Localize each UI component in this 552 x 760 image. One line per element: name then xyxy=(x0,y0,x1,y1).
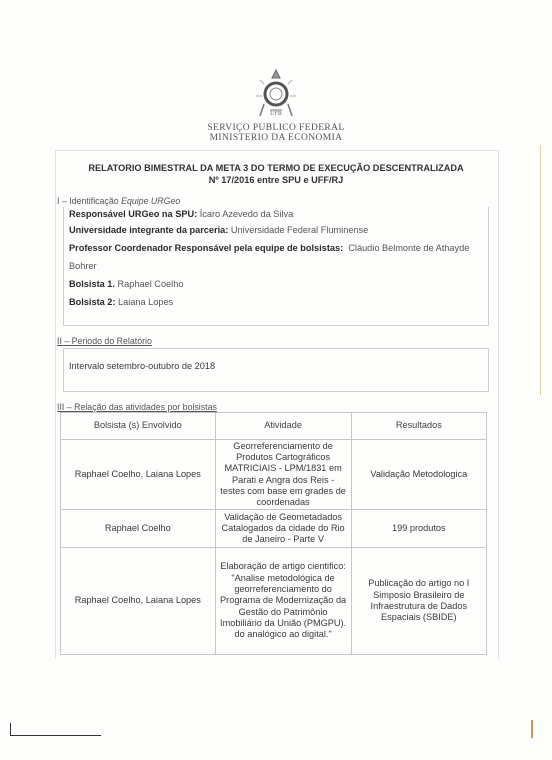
field-value: Universidade Federal Fluminense xyxy=(231,225,368,235)
ident-responsavel: Responsável URGeo na SPU: Ícaro Azevedo … xyxy=(69,209,293,219)
ident-bolsista-1: Bolsista 1. Raphael Coelho xyxy=(69,279,183,289)
field-label: Professor Coordenador Responsável pela e… xyxy=(69,243,343,253)
section-identificacao-label: I – Identificação Equipe URGeo xyxy=(57,196,180,206)
ident-professor: Professor Coordenador Responsável pela e… xyxy=(69,243,469,253)
table-row: Raphael Coelho, Laiana Lopes Elaboração … xyxy=(61,548,487,655)
cell-resultados: 199 produtos xyxy=(351,510,486,548)
section-periodo-label: II – Periodo do Relatório xyxy=(57,336,152,346)
table-header-row: Bolsista (s) Envolvido Atividade Resulta… xyxy=(61,413,487,440)
cell-atividade: Georreferenciamento de Produtos Cartográ… xyxy=(215,440,351,510)
scan-page-edge xyxy=(540,145,541,395)
cell-resultados: Validação Metodologica xyxy=(351,440,486,510)
column-header-atividade: Atividade xyxy=(215,413,351,440)
field-label: Responsável URGeo na SPU: xyxy=(69,209,197,219)
field-label: Bolsista 2: xyxy=(69,297,115,307)
cell-bolsistas: Raphael Coelho, Laiana Lopes xyxy=(61,440,216,510)
section-1-prefix: I – Identificação xyxy=(57,196,119,206)
section-1-italic: Equipe URGeo xyxy=(121,196,180,206)
ident-bolsista-2: Bolsista 2: Laiana Lopes xyxy=(69,297,173,307)
periodo-box: Intervalo setembro-outubro de 2018 xyxy=(63,348,489,392)
letterhead-line-2: MINISTERIO DA ECONOMIA xyxy=(0,133,552,143)
ident-universidade: Universidade integrante da parceria: Uni… xyxy=(69,225,368,235)
field-value: Cláudio Belmonte de Athayde xyxy=(348,243,469,253)
field-value: Bohrer xyxy=(69,261,97,271)
cell-resultados: Publicação do artigo no I Simposio Brasi… xyxy=(351,548,486,655)
cell-bolsistas: Raphael Coelho xyxy=(61,510,216,548)
coat-of-arms-icon: UFR xyxy=(250,66,302,122)
svg-text:UFR: UFR xyxy=(270,111,282,117)
report-title-line-1: RELATORIO BIMESTRAL DA META 3 DO TERMO D… xyxy=(55,162,497,174)
report-title-line-2: Nº 17/2016 entre SPU e UFF/RJ xyxy=(55,174,497,186)
scan-edge-mark xyxy=(531,720,533,738)
column-header-resultados: Resultados xyxy=(351,413,486,440)
cell-bolsistas: Raphael Coelho, Laiana Lopes xyxy=(61,548,216,655)
field-label: Universidade integrante da parceria: xyxy=(69,225,228,235)
ident-professor-cont: Bohrer xyxy=(69,261,97,271)
report-title: RELATORIO BIMESTRAL DA META 3 DO TERMO D… xyxy=(55,162,497,186)
column-header-bolsistas: Bolsista (s) Envolvido xyxy=(61,413,216,440)
field-value: Ícaro Azevedo da Silva xyxy=(200,209,293,219)
cell-atividade: Elaboração de artigo cientifico: "Analis… xyxy=(215,548,351,655)
periodo-value: Intervalo setembro-outubro de 2018 xyxy=(69,361,215,371)
letterhead-line-1: SERVIÇO PUBLICO FEDERAL xyxy=(0,123,552,133)
cell-atividade: Validação de Geometadados Catalogados da… xyxy=(215,510,351,548)
field-value: Laiana Lopes xyxy=(118,297,173,307)
scan-corner-mark xyxy=(10,723,101,736)
atividades-table: Bolsista (s) Envolvido Atividade Resulta… xyxy=(60,412,487,655)
field-value: Raphael Coelho xyxy=(118,279,184,289)
table-row: Raphael Coelho, Laiana Lopes Georreferen… xyxy=(61,440,487,510)
section-atividades-label: III – Relação das atividades por bolsist… xyxy=(57,402,217,412)
field-label: Bolsista 1. xyxy=(69,279,115,289)
table-row: Raphael Coelho Validação de Geometadados… xyxy=(61,510,487,548)
identificacao-box: Responsável URGeo na SPU: Ícaro Azevedo … xyxy=(63,207,489,326)
